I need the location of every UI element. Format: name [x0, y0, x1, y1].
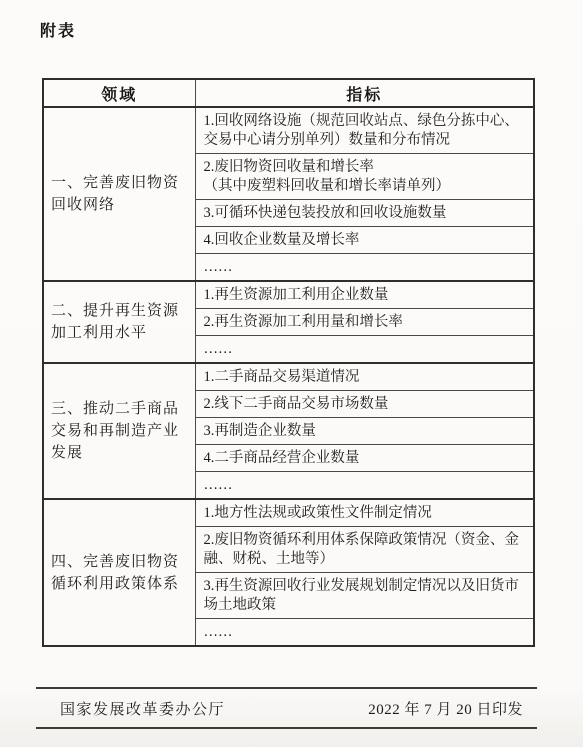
- table-row: 一、完善废旧物资回收网络 1.回收网络设施（规范回收站点、绿色分拣中心、交易中心…: [43, 107, 534, 154]
- indicator-cell: 3.再生资源回收行业发展规划制定情况以及旧货市场土地政策: [195, 573, 534, 619]
- appendix-label: 附表: [40, 18, 76, 41]
- indicator-cell-ellipsis: ……: [195, 472, 534, 500]
- indicator-cell: 3.再制造企业数量: [195, 418, 534, 445]
- indicator-cell: 1.二手商品交易渠道情况: [195, 363, 534, 391]
- indicator-cell: 4.二手商品经营企业数量: [195, 445, 534, 472]
- field-cell-section2: 二、提升再生资源加工利用水平: [43, 281, 195, 363]
- footer-print-date: 2022 年 7 月 20 日印发: [368, 698, 523, 719]
- indicator-cell: 1.地方性法规或政策性文件制定情况: [195, 499, 534, 527]
- table-row: 四、完善废旧物资循环利用政策体系 1.地方性法规或政策性文件制定情况: [43, 499, 534, 527]
- indicator-cell: 2.再生资源加工利用量和增长率: [195, 309, 534, 336]
- table-header-indicator: 指标: [195, 79, 534, 107]
- table-row: 二、提升再生资源加工利用水平 1.再生资源加工利用企业数量: [43, 281, 534, 309]
- field-cell-section1: 一、完善废旧物资回收网络: [43, 107, 195, 281]
- field-cell-section3: 三、推动二手商品交易和再制造产业发展: [43, 363, 195, 499]
- document-footer: 国家发展改革委办公厅 2022 年 7 月 20 日印发: [36, 689, 537, 727]
- indicator-cell: 1.再生资源加工利用企业数量: [195, 281, 534, 309]
- field-cell-section4: 四、完善废旧物资循环利用政策体系: [43, 499, 195, 646]
- footer-bottom-rule: [36, 727, 537, 729]
- table-header-row: 领域 指标: [43, 79, 534, 107]
- indicator-cell: 2.废旧物资回收量和增长率 （其中废塑料回收量和增长率请单列）: [195, 154, 534, 200]
- indicator-cell: 4.回收企业数量及增长率: [195, 227, 534, 254]
- indicator-cell: 2.线下二手商品交易市场数量: [195, 391, 534, 418]
- indicator-cell: 2.废旧物资循环利用体系保障政策情况（资金、金融、财税、土地等）: [195, 527, 534, 573]
- indicator-cell: 1.回收网络设施（规范回收站点、绿色分拣中心、交易中心请分别单列）数量和分布情况: [195, 107, 534, 154]
- indicator-cell-ellipsis: ……: [195, 254, 534, 282]
- table-header-field: 领域: [43, 79, 195, 107]
- indicator-table: 领域 指标 一、完善废旧物资回收网络 1.回收网络设施（规范回收站点、绿色分拣中…: [42, 78, 535, 647]
- scanned-document-page: 附表 领域 指标 一、完善废旧物资回收网络 1.回收网络设施（规范回收站点、绿色…: [0, 0, 583, 747]
- indicator-cell-ellipsis: ……: [195, 619, 534, 647]
- table-row: 三、推动二手商品交易和再制造产业发展 1.二手商品交易渠道情况: [43, 363, 534, 391]
- indicator-cell-ellipsis: ……: [195, 336, 534, 364]
- footer-issuer: 国家发展改革委办公厅: [60, 698, 225, 719]
- indicator-cell: 3.可循环快递包装投放和回收设施数量: [195, 200, 534, 227]
